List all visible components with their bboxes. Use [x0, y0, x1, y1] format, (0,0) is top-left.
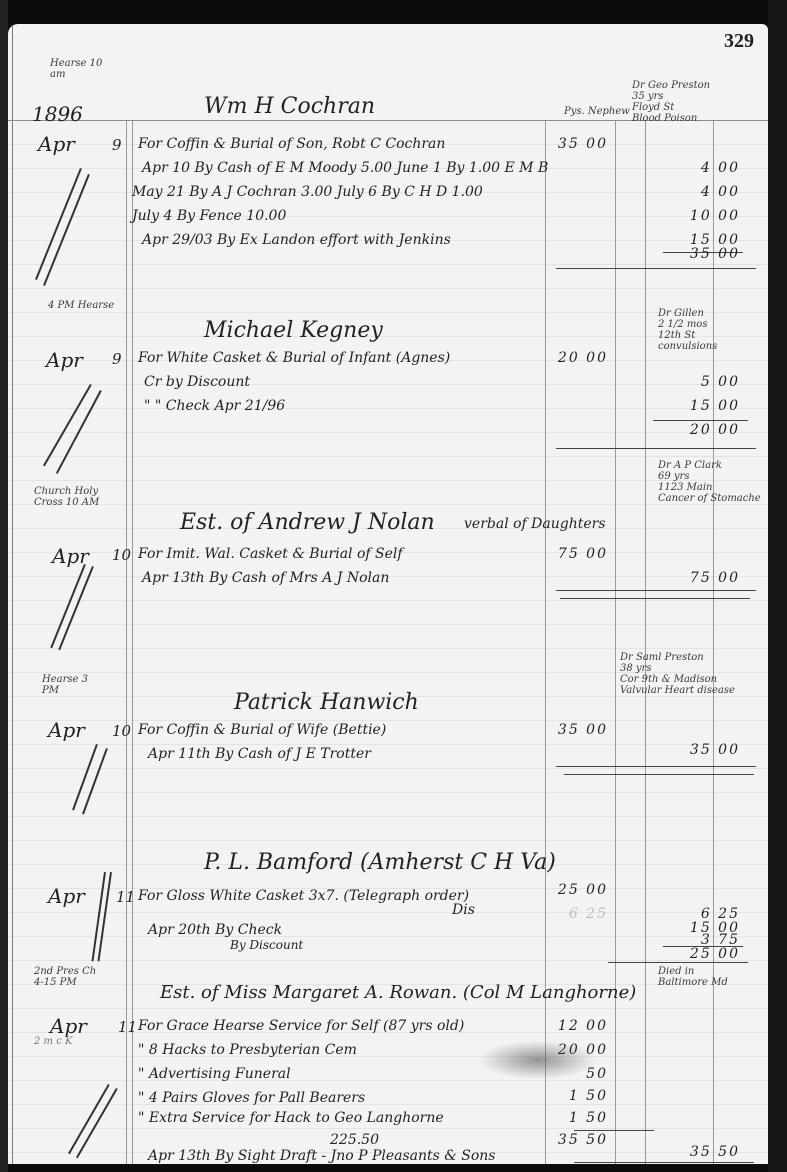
paid-mark	[72, 744, 98, 810]
entry-name: Est. of Miss Margaret A. Rowan. (Col M L…	[160, 982, 636, 1003]
credit-line: May 21 By A J Cochran 3.00 July 6 By C H…	[132, 184, 483, 200]
physician-note: Dr A P Clark69 yrs1123 MainCancer of Sto…	[658, 460, 761, 504]
entry-total: 25 00	[670, 946, 740, 962]
charge-amount: 35 00	[538, 136, 608, 152]
ruled-line	[8, 960, 768, 961]
entry-name: Est. of Andrew J Nolan	[180, 510, 435, 535]
charge-line: For Coffin & Burial of Son, Robt C Cochr…	[138, 136, 445, 152]
service-note: Church Holy Cross 10 AM	[34, 486, 126, 508]
ledger-year: 1896	[32, 102, 83, 126]
credit-amount: 4 00	[670, 160, 740, 176]
ruled-line	[8, 336, 768, 337]
credit-amount: 10 00	[670, 208, 740, 224]
entry-month: Apr	[48, 884, 85, 908]
paid-mark	[68, 1084, 110, 1154]
ruled-line	[8, 912, 768, 913]
physician-note: Dr Gillen2 1/2 mos12th Stconvulsions	[658, 308, 717, 352]
credit-line: By Discount	[230, 938, 303, 952]
paid-mark	[43, 174, 90, 286]
paid-mark	[76, 1088, 118, 1158]
credit-amount: 35 00	[670, 742, 740, 758]
charge-amount: 12 00	[538, 1018, 608, 1034]
entry-name: Patrick Hanwich	[234, 690, 419, 715]
ruled-line	[8, 744, 768, 745]
credit-line: Apr 13th By Sight Draft - Jno P Pleasant…	[148, 1148, 495, 1164]
entry-month: Apr	[48, 718, 85, 742]
ruled-line	[8, 384, 768, 385]
ruled-line	[8, 480, 768, 481]
close-rule	[574, 1162, 754, 1163]
column-rule-credit-cents	[713, 120, 714, 1164]
close-rule	[564, 774, 754, 775]
ruled-line	[8, 288, 768, 289]
column-rule-dollars	[545, 120, 546, 1164]
paid-mark	[82, 748, 108, 814]
subtotal-note: 225.50	[330, 1132, 379, 1148]
ruled-line	[8, 624, 768, 625]
ruled-line	[8, 264, 768, 265]
credit-line: Apr 29/03 By Ex Landon effort with Jenki…	[142, 232, 451, 248]
faded-amount: 6 25	[538, 906, 608, 922]
charge-amount: 25 00	[538, 882, 608, 898]
charge-amount: 1 50	[538, 1088, 608, 1104]
column-rule-date	[126, 120, 127, 1164]
column-rule-credit	[645, 120, 646, 1164]
ruled-line	[8, 816, 768, 817]
credit-line: Apr 20th By Check	[148, 922, 282, 938]
entry-day: 11	[118, 1018, 137, 1036]
close-rule	[608, 962, 748, 963]
page-number: 329	[724, 30, 754, 53]
entry-day: 10	[112, 546, 131, 564]
physician-note: Dr Geo Preston35 yrsFloyd StBlood Poison	[632, 80, 710, 124]
service-note: 2nd Pres Ch 4-15 PM	[34, 966, 104, 988]
credit-line: Apr 11th By Cash of J E Trotter	[148, 746, 371, 762]
close-rule	[560, 598, 750, 599]
entry-name: Michael Kegney	[204, 318, 383, 343]
ruled-line	[8, 1080, 768, 1081]
charge-line: " Advertising Funeral	[138, 1066, 291, 1082]
credit-line: Cr by Discount	[144, 374, 250, 390]
ruled-line	[8, 432, 768, 433]
close-rule	[556, 448, 756, 449]
entry-total: 20 00	[670, 422, 740, 438]
credit-line: Apr 13th By Cash of Mrs A J Nolan	[142, 570, 389, 586]
credit-amount: 35 50	[670, 1144, 740, 1160]
column-rule-day	[132, 120, 133, 1164]
charge-line: For Coffin & Burial of Wife (Bettie)	[138, 722, 386, 738]
credit-line: " " Check Apr 21/96	[144, 398, 285, 414]
physician-note: Died inBaltimore Md	[658, 966, 728, 988]
charge-amount: 1 50	[538, 1110, 608, 1126]
ruled-line	[8, 792, 768, 793]
charge-line: " 8 Hacks to Presbyterian Cem	[138, 1042, 357, 1058]
ruled-line	[8, 1128, 768, 1129]
entry-day: 11	[116, 888, 135, 906]
credit-amount: 15 00	[670, 398, 740, 414]
margin-rule	[12, 24, 13, 1164]
header-note: Hearse 10 am	[50, 58, 110, 80]
discount-label: Dis	[452, 902, 475, 918]
ruled-line	[8, 456, 768, 457]
credit-line: Apr 10 By Cash of E M Moody 5.00 June 1 …	[142, 160, 548, 176]
book-edge	[768, 0, 787, 1172]
ink-smudge	[478, 1040, 598, 1080]
ruled-line	[8, 648, 768, 649]
charge-total: 35 50	[538, 1132, 608, 1148]
ruled-line	[8, 768, 768, 769]
credit-amount: 75 00	[670, 570, 740, 586]
service-note: Hearse 3 PM	[42, 674, 102, 696]
subtotal-rule	[653, 420, 748, 421]
charge-amount: 35 00	[538, 722, 608, 738]
ruled-line	[8, 936, 768, 937]
charge-line: For Imit. Wal. Casket & Burial of Self	[138, 546, 403, 562]
charge-amount: 20 00	[538, 350, 608, 366]
credit-amount: 5 00	[670, 374, 740, 390]
entry-name: Wm H Cochran	[204, 94, 375, 119]
entry-name-suffix: verbal of Daughters	[464, 516, 606, 532]
ruled-line	[8, 720, 768, 721]
ruled-line	[8, 840, 768, 841]
close-rule	[556, 766, 756, 767]
entry-total: 35 00	[670, 246, 740, 262]
entry-month: Apr	[46, 348, 83, 372]
ruled-line	[8, 1008, 768, 1009]
ruled-line	[8, 312, 768, 313]
ruled-line	[8, 1104, 768, 1105]
ruled-line	[8, 600, 768, 601]
charge-line: For Grace Hearse Service for Self (87 yr…	[138, 1018, 464, 1034]
charge-line: " 4 Pairs Gloves for Pall Bearers	[138, 1090, 365, 1106]
entry-day: 10	[112, 722, 131, 740]
ruled-line	[8, 1056, 768, 1057]
subtotal-rule	[574, 1130, 654, 1131]
charge-amount: 75 00	[538, 546, 608, 562]
ledger-page: 329 Hearse 10 am 1896 Pys. Nephew Wm H C…	[8, 24, 768, 1164]
column-rule-cents	[615, 120, 616, 1164]
entry-day: 9	[112, 350, 122, 368]
physician-note: Dr Saml Preston38 yrsCor 9th & MadisonVa…	[620, 652, 735, 696]
ruled-line	[8, 216, 768, 217]
ruled-line	[8, 408, 768, 409]
book-binding	[0, 0, 8, 1172]
charge-line: " Extra Service for Hack to Geo Langhorn…	[138, 1110, 444, 1126]
entry-name: P. L. Bamford (Amherst C H Va)	[204, 850, 556, 875]
close-rule	[556, 268, 756, 269]
column-header-note: Pys. Nephew	[564, 106, 630, 117]
credit-line: July 4 By Fence 10.00	[132, 208, 286, 224]
service-note: 4 PM Hearse	[48, 300, 114, 311]
credit-amount: 4 00	[670, 184, 740, 200]
entry-month: Apr	[38, 132, 75, 156]
charge-line: For White Casket & Burial of Infant (Agn…	[138, 350, 450, 366]
entry-month: Apr	[50, 1014, 87, 1038]
entry-day: 9	[112, 136, 122, 154]
paid-mark	[58, 566, 94, 650]
close-rule	[556, 590, 756, 591]
charge-line: For Gloss White Casket 3x7. (Telegraph o…	[138, 888, 469, 904]
